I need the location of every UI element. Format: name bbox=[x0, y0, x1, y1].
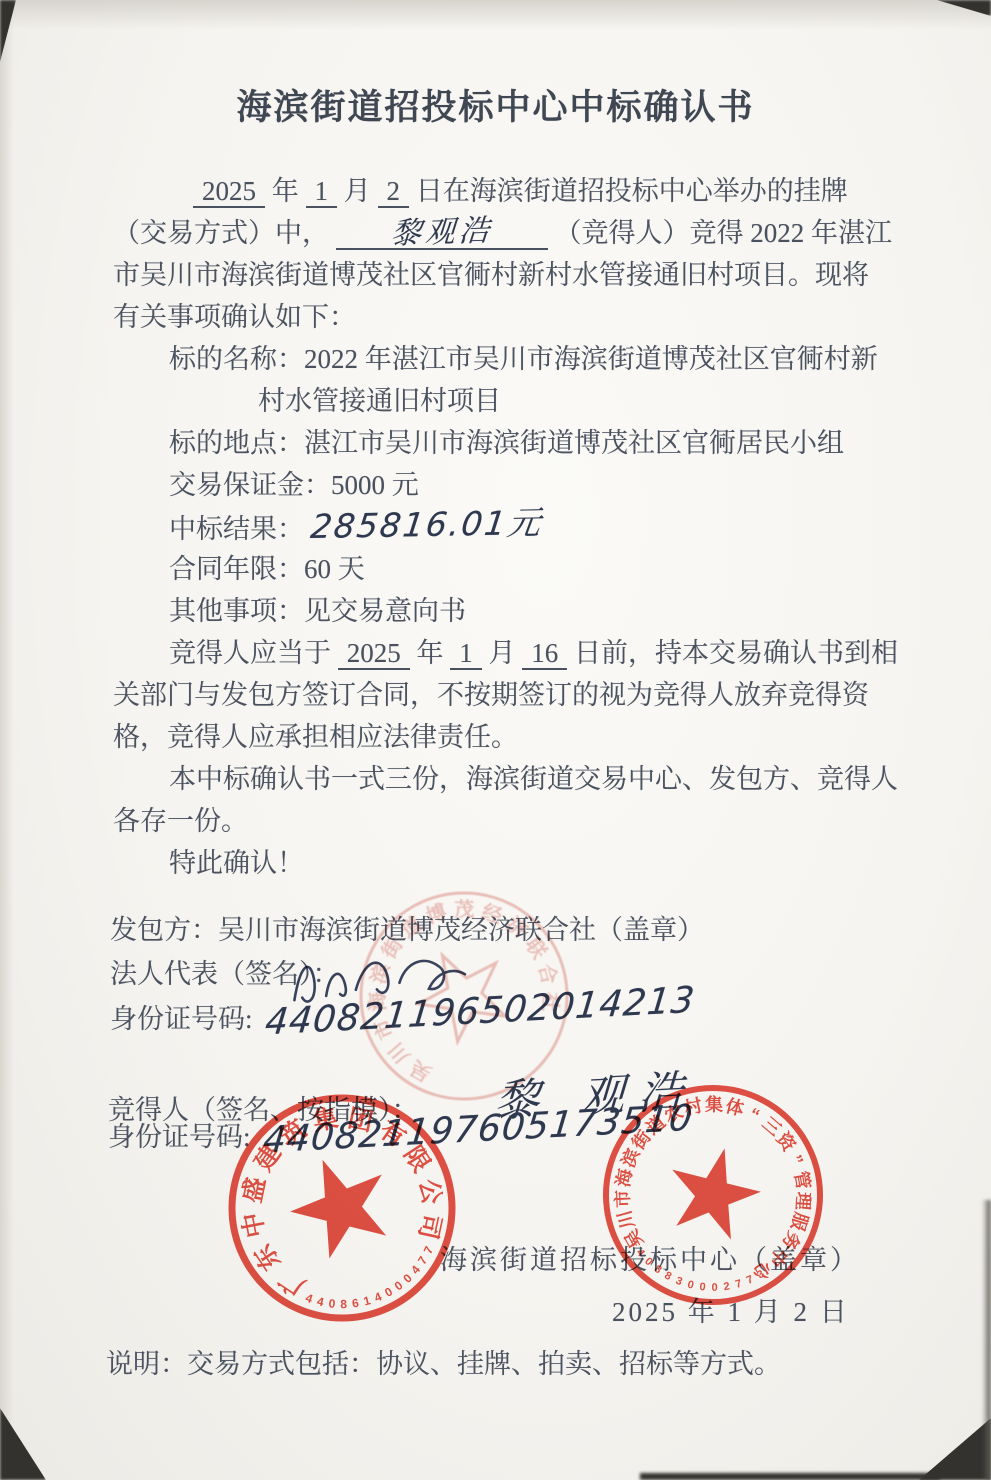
handwritten-bidder-name: 黎观浩 bbox=[390, 216, 494, 250]
svg-text:0: 0 bbox=[711, 1282, 717, 1294]
line2-pre: （交易方式）中， bbox=[113, 218, 329, 248]
body-line-3: 市吴川市海滨街道博茂社区官衕村新村水管接通旧村项目。现将 bbox=[113, 254, 885, 296]
svg-text:0: 0 bbox=[328, 1296, 336, 1311]
svg-text:6: 6 bbox=[351, 1296, 360, 1311]
scan-artifact-bottom-right bbox=[919, 1418, 991, 1480]
contractor-company-seal: 广东中盛建筑集团有限公司4408614000477 bbox=[222, 1088, 462, 1333]
body-line-2: （交易方式）中， 黎观浩 （竞得人）竞得 2022 年湛江 bbox=[113, 212, 885, 254]
blank-month: 1 bbox=[306, 176, 338, 208]
line2-post: （竞得人）竞得 2022 年湛江 bbox=[555, 218, 893, 248]
svg-text:7: 7 bbox=[745, 1273, 755, 1286]
blank-deadline-day: 16 bbox=[522, 638, 567, 670]
body-line-13: 关部门与发包方签订合同，不按期签订的视为竞得人放弃竞得资 bbox=[113, 674, 885, 716]
svg-text:博: 博 bbox=[423, 899, 450, 928]
svg-text:7: 7 bbox=[734, 1278, 743, 1291]
document-body: 2025 年 1 月 2 日在海滨街道招投标中心举办的挂牌 （交易方式）中， 黎… bbox=[113, 170, 885, 884]
body-line-11: 其他事项：见交易意向书 bbox=[113, 590, 885, 632]
svg-text:吴: 吴 bbox=[406, 1056, 435, 1086]
svg-text:0: 0 bbox=[382, 1284, 395, 1300]
body-line-12: 竞得人应当于 2025 年 1 月 16 日前，持本交易确认书到相 bbox=[113, 632, 885, 674]
svg-text:团: 团 bbox=[345, 1104, 375, 1137]
deadline-month-label: 月 bbox=[482, 638, 516, 668]
scan-artifact-bottom-edge bbox=[640, 1473, 940, 1480]
bid-result-label: 中标结果： bbox=[169, 514, 304, 544]
scan-artifact-bottom-left bbox=[0, 1408, 46, 1480]
body-line-15: 本中标确认书一式三份，海滨街道交易中心、发包方、竞得人 bbox=[113, 758, 885, 800]
line12-pre: 竞得人应当于 bbox=[169, 638, 331, 668]
svg-text:体: 体 bbox=[724, 1095, 747, 1120]
scan-top-shadow bbox=[0, 0, 991, 30]
svg-text:集: 集 bbox=[310, 1103, 340, 1136]
svg-text:8: 8 bbox=[340, 1297, 347, 1311]
year-label: 年 bbox=[265, 176, 299, 206]
month-label: 月 bbox=[337, 176, 371, 206]
svg-text:合: 合 bbox=[534, 961, 562, 986]
svg-text:盛: 盛 bbox=[238, 1175, 270, 1205]
body-line-8: 交易保证金：5000 元 bbox=[113, 464, 885, 506]
svg-text:滨: 滨 bbox=[366, 961, 394, 987]
blank-deadline-month: 1 bbox=[450, 638, 482, 670]
svg-text:市: 市 bbox=[369, 1015, 399, 1043]
body-line-16: 各存一份。 bbox=[113, 800, 885, 842]
svg-text:0: 0 bbox=[699, 1281, 706, 1294]
scan-artifact-right-edge bbox=[982, 1200, 991, 1480]
svg-text:0: 0 bbox=[642, 1255, 655, 1268]
deadline-year-label: 年 bbox=[410, 638, 444, 668]
svg-text:7: 7 bbox=[421, 1244, 437, 1256]
issuer-id-label: 身份证号码: bbox=[110, 1004, 253, 1034]
svg-text:7: 7 bbox=[415, 1254, 431, 1267]
svg-text:1: 1 bbox=[362, 1293, 372, 1308]
scan-left-shadow bbox=[0, 0, 14, 1480]
svg-text:0: 0 bbox=[686, 1279, 695, 1292]
handwritten-bid-amount: 285816.01元 bbox=[308, 502, 545, 548]
body-line-9: 中标结果： 285816.01元 bbox=[113, 506, 885, 548]
body-line-17: 特此确认！ bbox=[113, 842, 885, 884]
scanned-document-page: 海滨街道招投标中心中标确认书 2025 年 1 月 2 日在海滨街道招投标中心举… bbox=[0, 0, 991, 1480]
svg-text:川: 川 bbox=[384, 1038, 414, 1068]
body-line-7: 标的地点：湛江市吴川市海滨街道博茂社区官衕居民小组 bbox=[113, 422, 885, 464]
svg-text:经: 经 bbox=[479, 899, 506, 928]
body-line-5: 标的名称：2022 年湛江市吴川市海滨街道博茂社区官衕村新 bbox=[113, 338, 885, 380]
svg-text:管: 管 bbox=[791, 1169, 815, 1190]
svg-text:4: 4 bbox=[304, 1291, 315, 1307]
svg-text:4: 4 bbox=[316, 1294, 326, 1309]
svg-text:理: 理 bbox=[792, 1191, 813, 1211]
svg-text:4: 4 bbox=[408, 1262, 423, 1276]
svg-text:茂: 茂 bbox=[454, 897, 474, 921]
svg-text:4: 4 bbox=[372, 1289, 384, 1305]
line1-rest: 日在海滨街道招投标中心举办的挂牌 bbox=[409, 176, 848, 206]
svg-text:”: ” bbox=[785, 1152, 807, 1168]
blank-bidder-name: 黎观浩 bbox=[336, 218, 548, 250]
issuer-economic-cooperative-seal: 吴川市海滨街道博茂经济联合社 bbox=[350, 882, 578, 1115]
svg-text:8: 8 bbox=[652, 1263, 664, 1276]
body-line-1: 2025 年 1 月 2 日在海滨街道招投标中心举办的挂牌 bbox=[113, 170, 885, 212]
blank-year: 2025 bbox=[193, 176, 265, 208]
svg-text:司: 司 bbox=[413, 1211, 446, 1241]
svg-text:川: 川 bbox=[614, 1208, 638, 1231]
line12-rest: 日前，持本交易确认书到相 bbox=[567, 638, 898, 668]
three-assets-management-center-seal: 吴川市海滨街道农村集体“三资”管理服务中心4408830002773 bbox=[596, 1078, 830, 1317]
svg-text:2: 2 bbox=[723, 1280, 731, 1293]
svg-text:公: 公 bbox=[414, 1177, 446, 1207]
blank-day: 2 bbox=[378, 176, 410, 208]
body-line-4: 有关事项确认如下： bbox=[113, 296, 885, 338]
svg-text:3: 3 bbox=[674, 1275, 684, 1288]
body-line-6: 村水管接通旧村项目 bbox=[113, 380, 885, 422]
blank-deadline-year: 2025 bbox=[338, 638, 410, 670]
svg-text:集: 集 bbox=[705, 1094, 723, 1115]
note-line: 说明：交易方式包括：协议、挂牌、拍卖、招标等方式。 bbox=[106, 1342, 781, 1381]
svg-text:社: 社 bbox=[538, 990, 563, 1013]
svg-text:8: 8 bbox=[662, 1269, 673, 1282]
body-line-10: 合同年限：60 天 bbox=[113, 548, 885, 590]
svg-text:海: 海 bbox=[365, 990, 390, 1013]
svg-text:“: “ bbox=[746, 1104, 763, 1126]
svg-text:中: 中 bbox=[238, 1210, 270, 1240]
document-title: 海滨街道招投标中心中标确认书 bbox=[0, 80, 991, 130]
svg-text:市: 市 bbox=[611, 1189, 633, 1208]
svg-text:村: 村 bbox=[682, 1094, 704, 1118]
body-line-14: 格，竞得人应承担相应法律责任。 bbox=[113, 716, 885, 758]
